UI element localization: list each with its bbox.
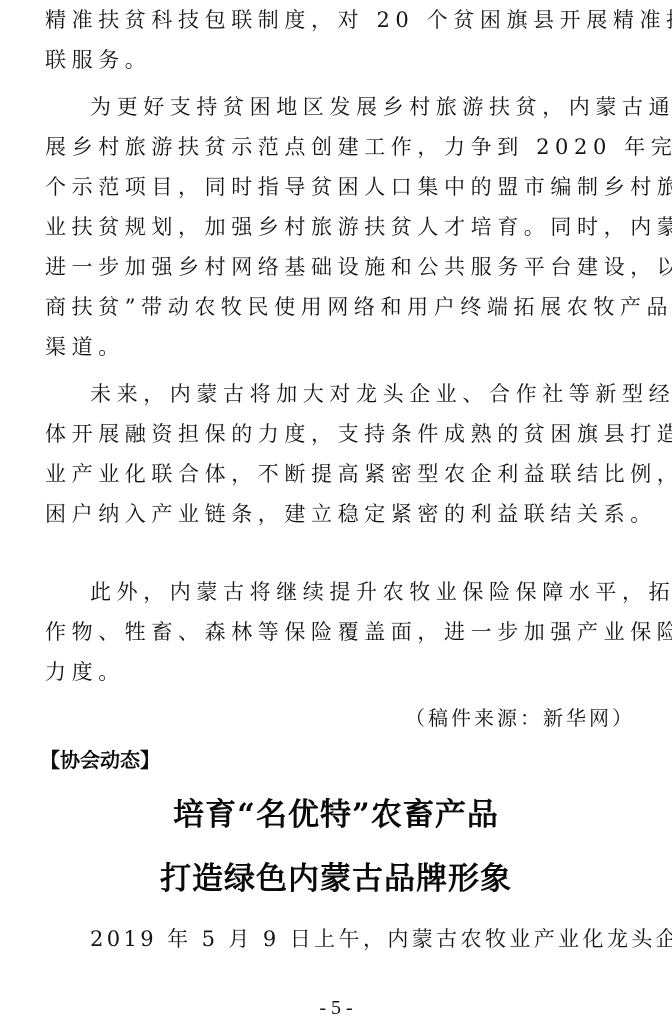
page-number: - 5 - <box>0 996 672 1020</box>
paragraph-line: 未来，内蒙古将加大对龙头企业、合作社等新型经营主 <box>90 379 620 409</box>
source-note: （稿件来源：新华网） <box>405 703 635 733</box>
paragraph-line: 此外，内蒙古将继续提升农牧业保险保障水平，拓展农 <box>90 577 620 607</box>
paragraph-line: 个示范项目，同时指导贫困人口集中的盟市编制乡村旅游产 <box>45 172 620 202</box>
paragraph-line: 渠道。 <box>45 332 620 362</box>
paragraph-line: 精准扶贫科技包联制度，对 20 个贫困旗县开展精准扶贫包 <box>45 5 620 35</box>
article-title-line-1: 培育“名优特”农畜产品 <box>0 795 672 835</box>
article-title-line-2: 打造绿色内蒙古品牌形象 <box>0 859 672 899</box>
paragraph-line: 力度。 <box>45 657 620 687</box>
paragraph-line: 展乡村旅游扶贫示范点创建工作，力争到 2020 年完成 2000 <box>45 132 620 162</box>
paragraph-line: 体开展融资担保的力度，支持条件成熟的贫困旗县打造农牧 <box>45 419 620 449</box>
paragraph-line: 作物、牲畜、森林等保险覆盖面，进一步加强产业保险支持 <box>45 617 620 647</box>
document-page: 精准扶贫科技包联制度，对 20 个贫困旗县开展精准扶贫包 联服务。 为更好支持贫… <box>0 0 672 1025</box>
paragraph-line: 困户纳入产业链条，建立稳定紧密的利益联结关系。 <box>45 499 620 529</box>
paragraph-line: 为更好支持贫困地区发展乡村旅游扶贫，内蒙古通过开 <box>90 92 620 122</box>
article-first-line: 2019 年 5 月 9 日上午，内蒙古农牧业产业化龙头企业协 <box>90 924 620 954</box>
paragraph-line: 联服务。 <box>45 45 620 75</box>
paragraph-line: 业扶贫规划，加强乡村旅游扶贫人才培育。同时，内蒙古将 <box>45 212 620 242</box>
paragraph-line: 业产业化联合体，不断提高紧密型农企利益联结比例，将贫 <box>45 459 620 489</box>
paragraph-line: 商扶贫”带动农牧民使用网络和用户终端拓展农牧产品销售 <box>45 292 620 322</box>
paragraph-line: 进一步加强乡村网络基础设施和公共服务平台建设，以“电 <box>45 252 620 282</box>
section-tag: 【协会动态】 <box>40 745 160 775</box>
